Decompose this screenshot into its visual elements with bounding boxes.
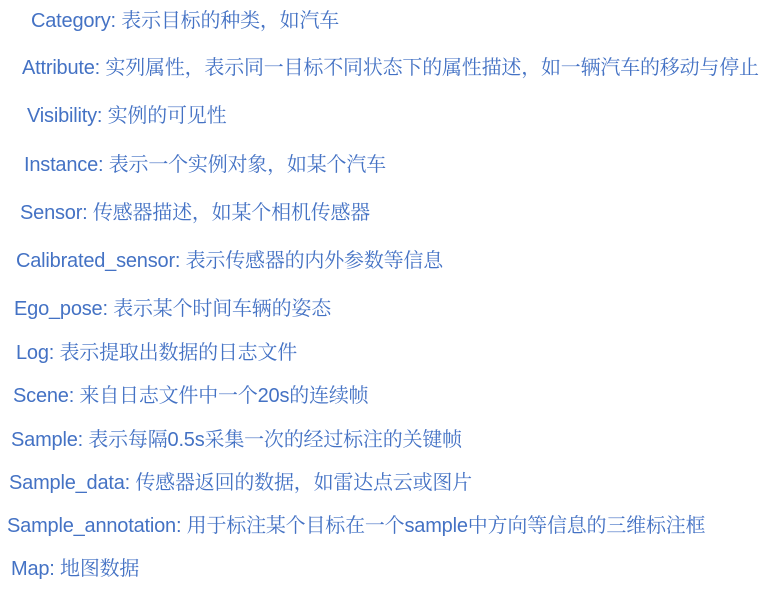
definition-line-visibility: Visibility: 实例的可见性 <box>27 104 226 128</box>
definition-line-sample: Sample: 表示每隔0.5s采集一次的经过标注的关键帧 <box>11 428 462 452</box>
definition-line-sample-data: Sample_data: 传感器返回的数据，如雷达点云或图片 <box>9 471 472 495</box>
definition-line-scene: Scene: 来自日志文件中一个20s的连续帧 <box>13 384 368 408</box>
definition-line-category: Category: 表示目标的种类，如汽车 <box>31 9 339 33</box>
definition-line-attribute: Attribute: 实列属性，表示同一目标不同状态下的属性描述，如一辆汽车的移… <box>22 56 759 80</box>
definition-line-log: Log: 表示提取出数据的日志文件 <box>16 341 297 365</box>
definitions-document: Category: 表示目标的种类，如汽车 Attribute: 实列属性，表示… <box>0 0 778 590</box>
definition-line-map: Map: 地图数据 <box>11 557 139 581</box>
definition-line-ego-pose: Ego_pose: 表示某个时间车辆的姿态 <box>14 297 331 321</box>
definition-line-sample-annotation: Sample_annotation: 用于标注某个目标在一个sample中方向等… <box>7 514 705 538</box>
definition-line-sensor: Sensor: 传感器描述，如某个相机传感器 <box>20 201 370 225</box>
definition-line-instance: Instance: 表示一个实例对象，如某个汽车 <box>24 153 386 177</box>
definition-line-calibrated-sensor: Calibrated_sensor: 表示传感器的内外参数等信息 <box>16 249 443 273</box>
